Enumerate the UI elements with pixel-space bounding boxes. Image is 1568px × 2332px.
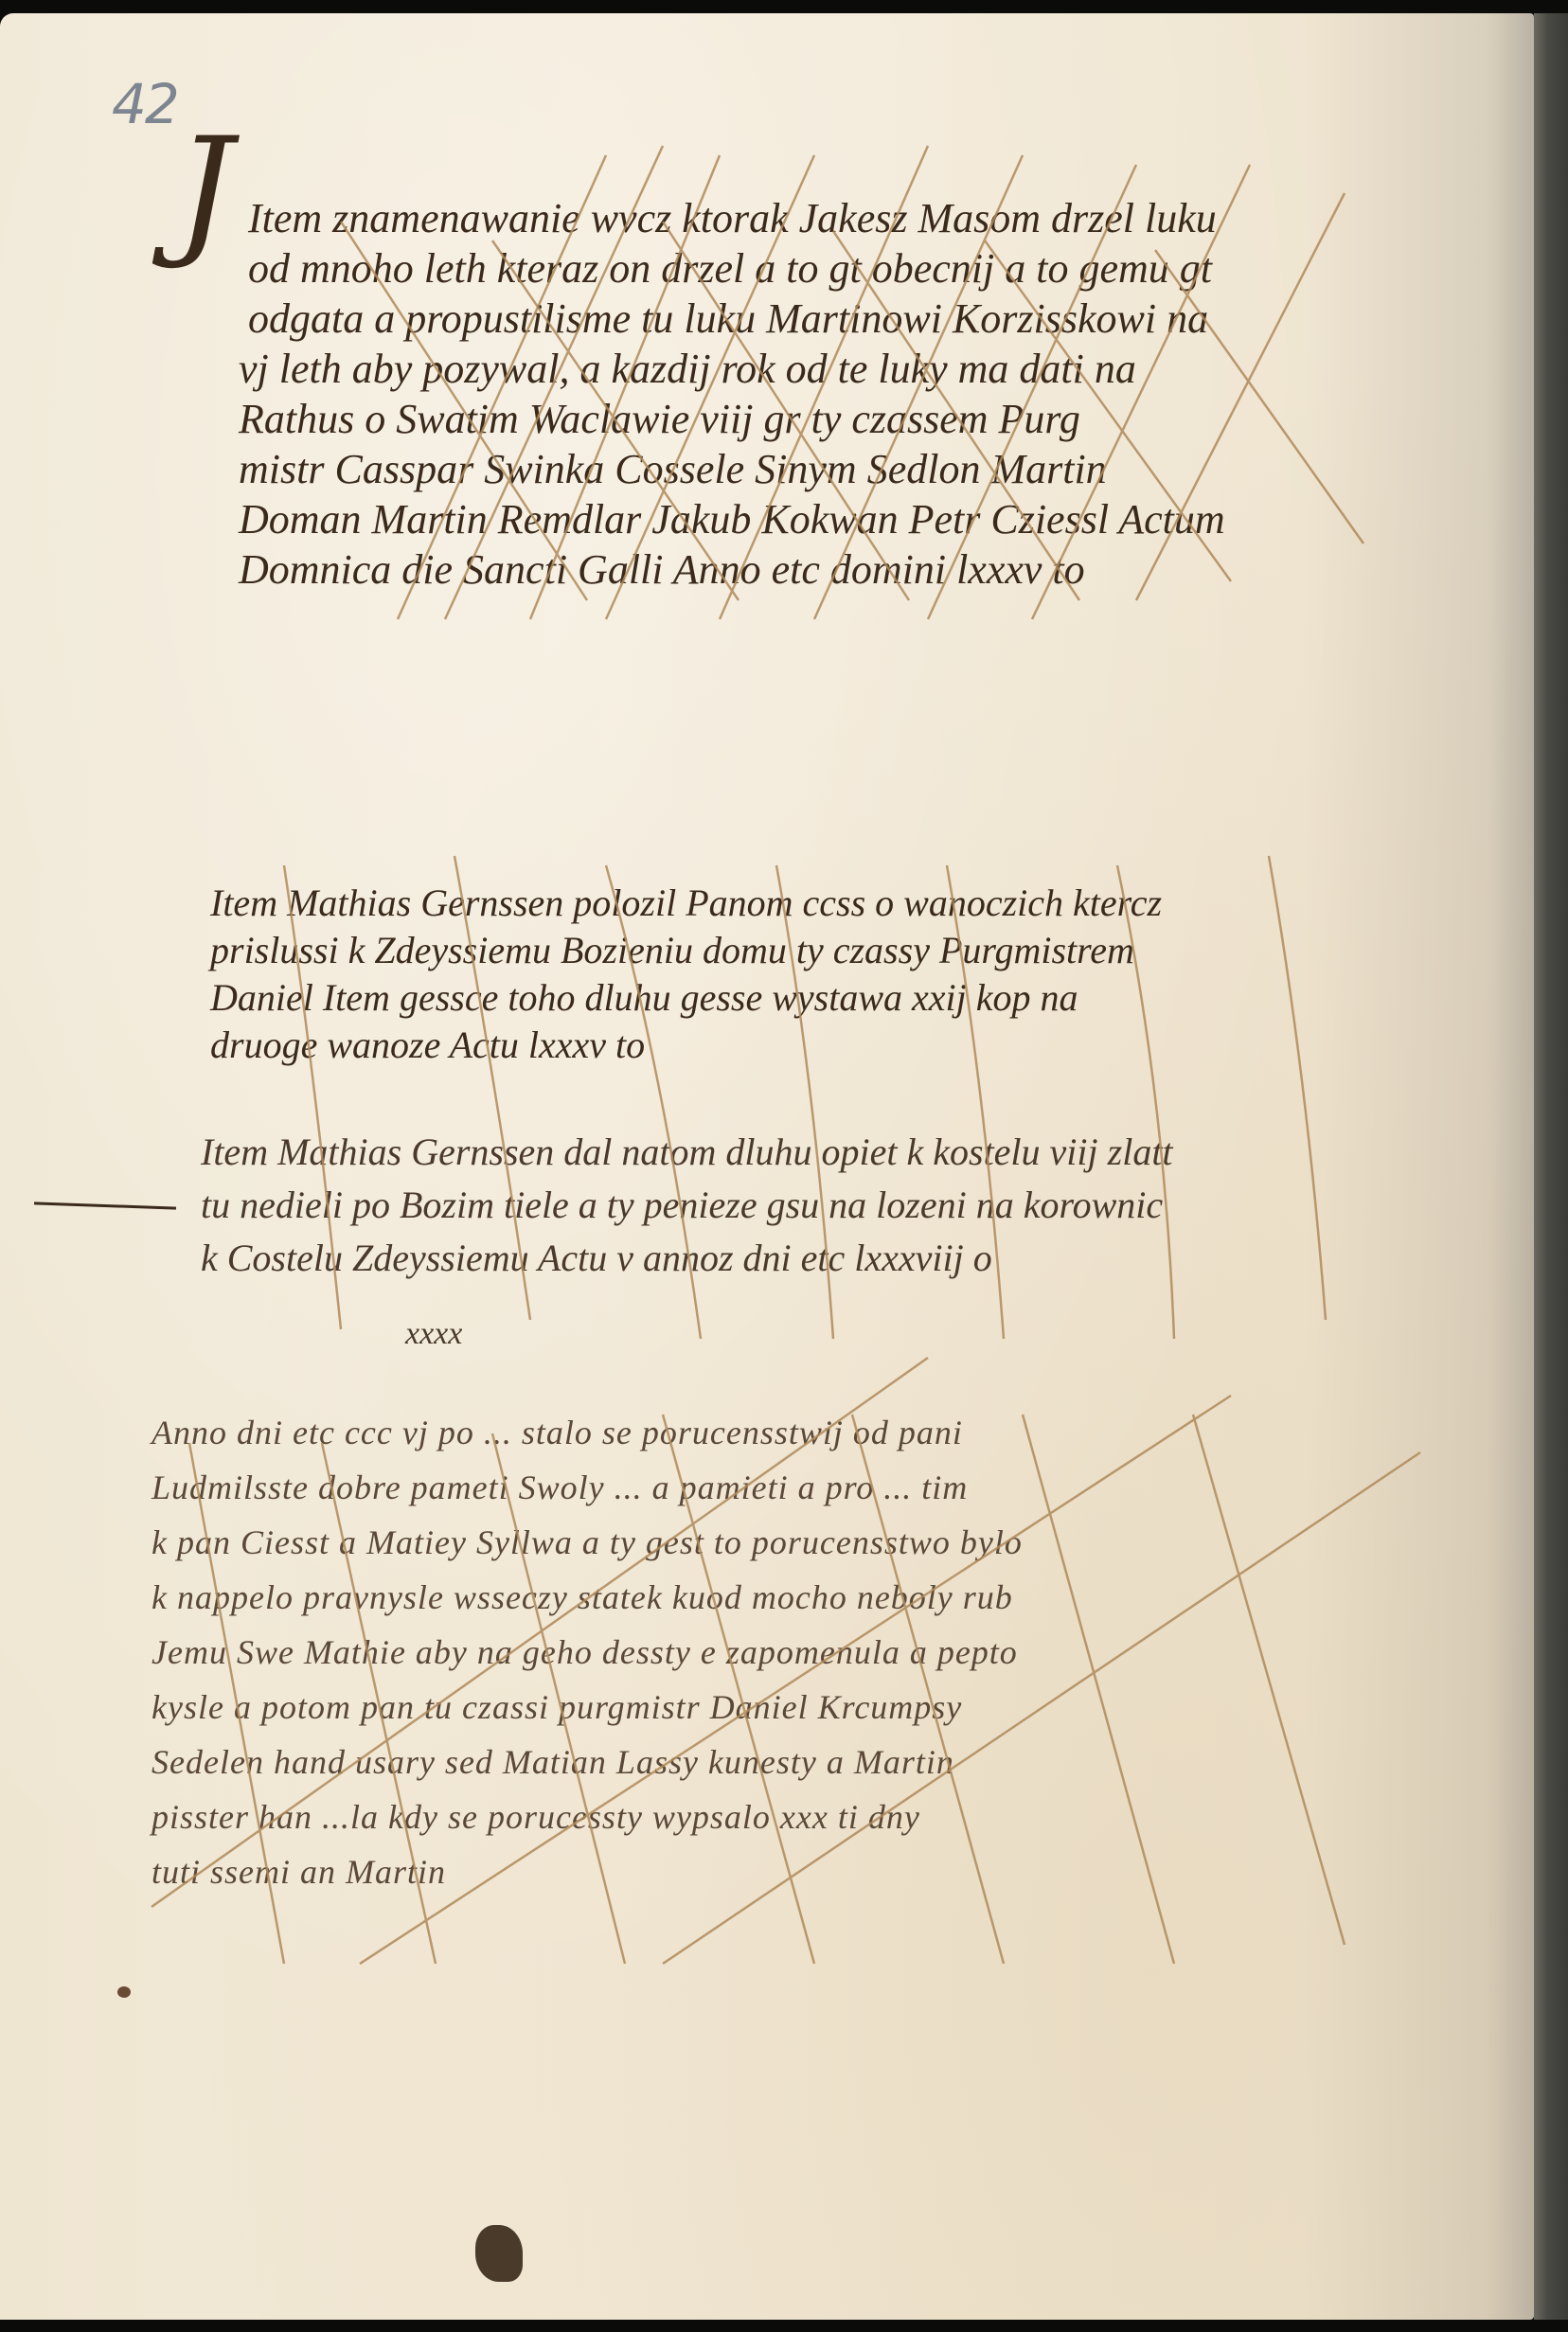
entry-line: Domnica die Sancti Galli Anno etc domini… <box>239 544 1225 595</box>
entry-line: prislussi k Zdeyssiemu Bozieniu domu ty … <box>210 927 1162 974</box>
entry-line: pisster han ...la kdy se porucessty wyps… <box>151 1789 1023 1844</box>
entry-line: k Costelu Zdeyssiemu Actu v annoz dni et… <box>201 1232 1173 1285</box>
entry-line: kysle a potom pan tu czassi purgmistr Da… <box>151 1680 1023 1735</box>
entry-line: Item Mathias Gernssen dal natom dluhu op… <box>201 1126 1173 1179</box>
entry-line: Item Mathias Gernssen polozil Panom ccss… <box>210 880 1162 927</box>
book-spine-edge <box>1534 13 1568 2320</box>
entry-2: Item Mathias Gernssen polozil Panom ccss… <box>210 880 1162 1069</box>
entry-line: od mnoho leth kteraz on drzel a to gt ob… <box>248 243 1225 294</box>
entry-line: Rathus o Swatim Waclawie viij gr ty czas… <box>239 394 1225 444</box>
marginal-note: xxxx <box>405 1316 462 1352</box>
entry-3: Item Mathias Gernssen dal natom dluhu op… <box>201 1126 1173 1285</box>
entry-line: Jemu Swe Mathie aby na geho dessty e zap… <box>151 1625 1023 1680</box>
entry-line: tuti ssemi an Martin <box>151 1844 1023 1899</box>
entry-line: k nappelo pravnysle wsseczy statek kuod … <box>151 1570 1023 1625</box>
entry-line: Anno dni etc ccc vj po ... stalo se poru… <box>151 1405 1023 1460</box>
entry-line: odgata a propustilisme tu luku Martinowi… <box>248 294 1225 344</box>
entry-line: Daniel Item gessce toho dluhu gesse wyst… <box>210 974 1162 1022</box>
ink-dot <box>117 1986 131 1998</box>
entry-4: Anno dni etc ccc vj po ... stalo se poru… <box>151 1405 1023 1899</box>
entry-line: mistr Casspar Swinka Cossele Sinym Sedlo… <box>239 444 1225 494</box>
margin-dash <box>34 1202 176 1209</box>
decorated-initial-i: J <box>176 119 233 261</box>
ink-stain <box>475 2225 523 2282</box>
entry-line: vj leth aby pozywal, a kazdij rok od te … <box>239 344 1225 394</box>
entry-1: Item znamenawanie wvcz ktorak Jakesz Mas… <box>248 193 1225 595</box>
folio-number: 42 <box>112 72 178 136</box>
entry-line: Sedelen hand usary sed Matian Lassy kune… <box>151 1735 1023 1789</box>
entry-line: druoge wanoze Actu lxxxv to <box>210 1022 1162 1069</box>
entry-line: Doman Martin Remdlar Jakub Kokwan Petr C… <box>239 494 1225 544</box>
entry-line: Ludmilsste dobre pameti Swoly ... a pami… <box>151 1460 1023 1515</box>
manuscript-page: 42 J Item znamenawanie wvcz ktorak Jakes… <box>0 13 1534 2320</box>
entry-line: k pan Ciesst a Matiey Syllwa a ty gest t… <box>151 1515 1023 1570</box>
entry-line: Item znamenawanie wvcz ktorak Jakesz Mas… <box>248 193 1225 243</box>
entry-line: tu nedieli po Bozim tiele a ty penieze g… <box>201 1179 1173 1232</box>
